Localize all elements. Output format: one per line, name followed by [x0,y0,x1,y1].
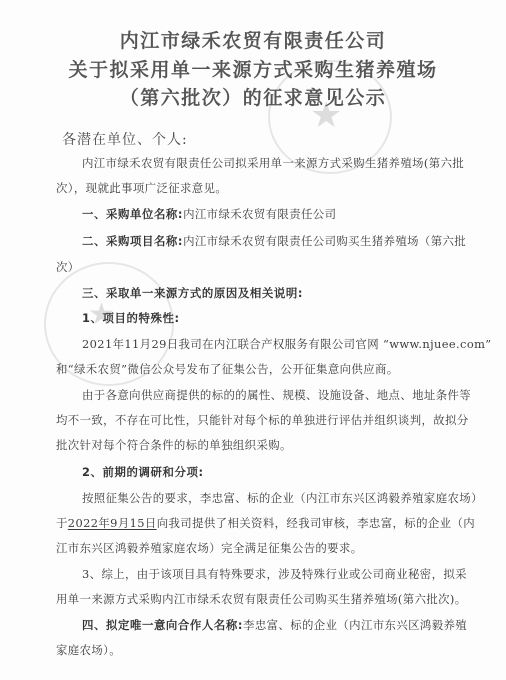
subsection-3-line-1: 3、综上，由于该项目具有特殊要求，涉及特殊行业或公司商业秘密，拟采 [82,567,450,581]
section-2-value-line-2: 次） [56,260,450,274]
subsection-2-heading: 2、前期的调研和分项: [82,465,450,479]
salutation: 各潜在单位、个人: [62,129,188,149]
subsection-1-heading-text: 1、项目的特殊性: [82,311,180,325]
text: 向我司提供了相关资料，经我司审核，李忠富，标的企业（内 [157,516,475,530]
section-4-value-line-2: 家庭农场）。 [56,643,450,657]
subsection-2-p1-line-1: 按照征集公告的要求，李忠富、标的企业（内江市东兴区鸿毅养殖家庭农场） [82,491,450,505]
document-title-line-3: （第六批次）的征求意见公示 [0,83,506,110]
subsection-3-line-2: 用单一来源方式采购内江市绿禾农贸有限责任公司购买生猪养殖场(第六批次)。 [56,592,450,606]
section-4-heading: 四、拟定唯一意向合作人名称: [82,618,243,632]
underlined-date: 2022年9月15日 [68,516,157,530]
text: 于 [56,516,68,530]
document-title-line-2: 关于拟采用单一来源方式采购生猪养殖场 [0,55,506,82]
intro-line-2: 次），现就此事项广泛征求意见。 [56,181,450,195]
section-3-heading: 三、采取单一来源方式的原因及相关说明: [82,286,450,300]
section-2-heading: 二、采购项目名称: [82,234,183,248]
subsection-1-p1-line-1: 2021年11月29日我司在内江联合产权服务有限公司官网 “www.njuee.… [82,337,450,351]
subsection-2-heading-text: 2、前期的调研和分项: [82,465,204,479]
document-title-line-1: 内江市绿禾农贸有限责任公司 [0,26,506,53]
section-1-heading: 一、采购单位名称: [82,207,183,221]
intro-line-1: 内江市绿禾农贸有限责任公司拟采用单一来源方式采购生猪养殖场(第六批 [82,156,450,170]
document-page: ★ ★ 内江市绿禾农贸有限责任公司 关于拟采用单一来源方式采购生猪养殖场 （第六… [0,0,506,680]
subsection-1-p2-line-1: 由于各意向供应商提供的标的的属性、规模、设施设备、地点、地址条件等 [82,388,450,402]
section-2-value: 内江市绿禾农贸有限责任公司购买生猪养殖场（第六批 [183,234,466,248]
section-2: 二、采购项目名称:内江市绿禾农贸有限责任公司购买生猪养殖场（第六批 [82,234,450,248]
subsection-2-p1-line-3: 江市东兴区鸿毅养殖家庭农场）完全满足征集公告的要求。 [56,541,450,555]
section-4: 四、拟定唯一意向合作人名称:李忠富、标的企业（内江市东兴区鸿毅养殖 [82,618,450,632]
section-1: 一、采购单位名称:内江市绿禾农贸有限责任公司 [82,207,450,221]
section-3-heading-text: 三、采取单一来源方式的原因及相关说明: [82,286,303,300]
section-1-value: 内江市绿禾农贸有限责任公司 [183,207,336,221]
subsection-1-p2-line-2: 均不一致，不存在可比性，只能针对每个标的单独进行评估并组织谈判，故拟分 [56,413,450,427]
subsection-2-p1-line-2: 于2022年9月15日向我司提供了相关资料，经我司审核，李忠富，标的企业（内 [56,516,450,530]
section-4-value: 李忠富、标的企业（内江市东兴区鸿毅养殖 [243,618,467,632]
subsection-1-p2-line-3: 批次针对每个符合条件的标的单独组织采购。 [56,438,450,452]
subsection-1-heading: 1、项目的特殊性: [82,311,450,325]
subsection-1-p1-line-2: 和“绿禾农贸”微信公众号发布了征集公告，公开征集意向供应商。 [56,362,450,376]
